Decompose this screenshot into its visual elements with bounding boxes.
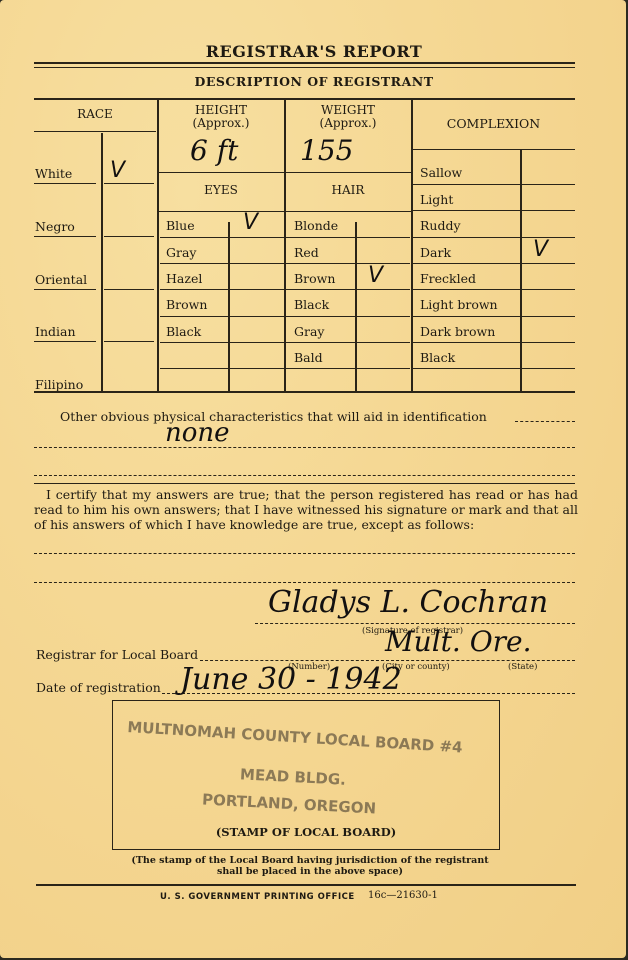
race-rule (34, 183, 96, 184)
signature-line (255, 623, 575, 624)
eyes-hair-rule (160, 289, 410, 290)
eye-option-brown: Brown (166, 297, 207, 312)
eyes-hair-rule (160, 263, 410, 264)
date-value: June 30 - 1942 (180, 662, 402, 697)
complexion-rule (413, 210, 575, 211)
eyes-hair-heading-rule (158, 211, 411, 212)
title-rule-1 (34, 62, 575, 64)
registrar-label: Registrar for Local Board (36, 647, 198, 662)
complexion-check-divider (520, 150, 522, 392)
eye-check-blue: V (243, 210, 258, 235)
table-top-rule (34, 98, 575, 100)
footer-rule (36, 884, 576, 886)
eye-option-black: Black (166, 324, 201, 339)
eye-option-gray: Gray (166, 245, 196, 260)
eyes-check-divider (228, 222, 230, 392)
dashed-line (34, 553, 575, 554)
form-number: 16c—21630-1 (368, 890, 438, 901)
eye-option-blue: Blue (166, 218, 195, 233)
hair-option-red: Red (294, 245, 319, 260)
complexion-option-freckled: Freckled (420, 271, 476, 286)
height-heading-sub: (Approx.) (158, 117, 284, 130)
hair-heading: HAIR (285, 184, 411, 197)
printing-office: U. S. GOVERNMENT PRINTING OFFICE (160, 892, 355, 902)
complexion-check-dark: V (533, 237, 548, 262)
complexion-option-light: Light (420, 192, 453, 207)
race-rule (104, 236, 154, 237)
race-rule (104, 341, 154, 342)
hair-option-black: Black (294, 297, 329, 312)
race-rule (104, 183, 154, 184)
stamp-caption: (STAMP OF LOCAL BOARD) (112, 825, 500, 839)
other-characteristics-value: none (165, 418, 230, 448)
race-option-filipino: Filipino (35, 377, 83, 392)
hair-option-bald: Bald (294, 350, 323, 365)
eye-option-hazel: Hazel (166, 271, 202, 286)
eyes-heading: EYES (158, 184, 284, 197)
registrar-line (200, 660, 575, 661)
eyes-hair-rule (160, 316, 410, 317)
hair-option-blonde: Blonde (294, 218, 338, 233)
hair-option-brown: Brown (294, 271, 335, 286)
state-caption: (State) (508, 662, 537, 672)
complexion-rule (413, 263, 575, 264)
certification-text: I certify that my answers are true; that… (34, 487, 578, 532)
race-heading: RACE (34, 108, 156, 121)
stamp-note-line-2: shall be placed in the above space) (80, 866, 540, 877)
registrar-report-card: REGISTRAR'S REPORT DESCRIPTION OF REGIST… (0, 0, 626, 958)
col-divider-3 (411, 99, 413, 392)
complexion-rule (413, 342, 575, 343)
race-rule (34, 341, 96, 342)
eyes-hair-rule (160, 368, 410, 369)
registrar-signature: Gladys L. Cochran (268, 585, 548, 620)
race-option-negro: Negro (35, 219, 75, 234)
complexion-rule (413, 237, 575, 238)
complexion-option-dark: Dark (420, 245, 451, 260)
dashed-line (34, 582, 575, 583)
height-rule (158, 172, 284, 173)
hair-option-gray: Gray (294, 324, 324, 339)
race-rule (104, 289, 154, 290)
complexion-option-black: Black (420, 350, 455, 365)
table-bottom-rule (34, 391, 575, 393)
registrar-value: Mult. Ore. (385, 625, 532, 658)
title-rule-2 (34, 67, 575, 68)
weight-heading-sub: (Approx.) (285, 117, 411, 130)
race-option-white: White (35, 166, 72, 181)
complexion-rule (413, 316, 575, 317)
race-rule (34, 236, 96, 237)
date-label: Date of registration (36, 680, 161, 695)
dashed-line (34, 475, 575, 476)
race-option-oriental: Oriental (35, 272, 87, 287)
complexion-rule (413, 184, 575, 185)
race-check-white: V (110, 158, 125, 183)
complexion-option-light-brown: Light brown (420, 297, 498, 312)
dashed-line (34, 447, 575, 448)
col-divider-2 (284, 99, 286, 392)
hair-check-divider (355, 222, 357, 392)
weight-value: 155 (300, 134, 353, 167)
eyes-hair-rule (160, 237, 410, 238)
eyes-hair-rule (160, 342, 410, 343)
complexion-heading: COMPLEXION (412, 117, 575, 130)
complexion-rule (413, 289, 575, 290)
height-value: 6 ft (190, 134, 238, 167)
complexion-rule (413, 368, 575, 369)
complexion-heading-rule (412, 149, 575, 150)
race-check-divider (101, 133, 103, 392)
weight-rule (285, 172, 411, 173)
form-subtitle: DESCRIPTION OF REGISTRANT (0, 74, 628, 89)
form-title: REGISTRAR'S REPORT (0, 42, 628, 61)
complexion-option-ruddy: Ruddy (420, 218, 461, 233)
hair-check-brown: V (368, 263, 383, 288)
race-option-indian: Indian (35, 324, 76, 339)
section-rule (34, 483, 575, 484)
col-divider-1 (157, 99, 159, 392)
stamp-note-line-1: (The stamp of the Local Board having jur… (80, 855, 540, 866)
complexion-option-dark-brown: Dark brown (420, 324, 495, 339)
other-characteristics-label: Other obvious physical characteristics t… (60, 409, 487, 424)
race-heading-rule (34, 131, 156, 132)
complexion-option-sallow: Sallow (420, 165, 462, 180)
dashed-line (515, 421, 575, 422)
race-rule (34, 289, 96, 290)
